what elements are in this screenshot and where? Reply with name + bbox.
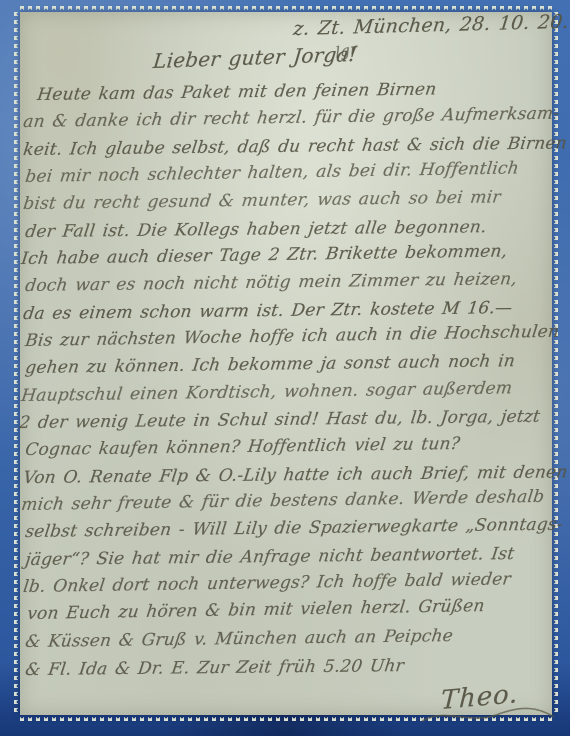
- letter-line-9: Ich habe auch dieser Tage 2 Ztr. Brikett…: [20, 241, 508, 269]
- letter-line-10: doch war es noch nicht nötig mein Zimmer…: [24, 269, 518, 296]
- letter-card-scan: z. Zt. München, 28. 10. 20.Lieber guter …: [0, 0, 570, 736]
- letter-dateline: z. Zt. München, 28. 10. 20.: [292, 11, 570, 40]
- letter-line-14: Hauptschul einen Kordtisch, wohnen. soga…: [20, 378, 513, 406]
- letter-line-12: Bis zur nächsten Woche hoffe ich auch in…: [24, 322, 560, 351]
- letter-line-22: von Euch zu hören & bin mit vielen herzl…: [26, 596, 486, 624]
- letter-line-23: & Küssen & Gruß v. München auch an Peipc…: [24, 626, 454, 652]
- letter-line-5: keit. Ich glaube selbst, daß du recht ha…: [22, 133, 568, 160]
- letter-line-17: Von O. Renate Flp & O.-Lily hatte ich au…: [22, 462, 570, 488]
- letter-line-18: mich sehr freute & für die bestens danke…: [20, 487, 545, 515]
- letter-line-21: lb. Onkel dort noch unterwegs? Ich hoffe…: [22, 569, 512, 597]
- letter-line-13: gehen zu können. Ich bekomme ja sonst au…: [24, 351, 516, 378]
- letter-line-19: selbst schreiben - Will Lily die Spazier…: [24, 514, 564, 542]
- letter-line-8: der Fall ist. Die Kollegs haben jetzt al…: [24, 217, 488, 242]
- letter-line-15: 2 der wenig Leute in Schul sind! Hast du…: [18, 407, 541, 433]
- letter-line-7: bist du recht gesund & munter, was auch …: [22, 187, 502, 214]
- letter-line-4: an & danke ich dir recht herzl. für die …: [22, 104, 560, 132]
- letter-line-3: Heute kam das Paket mit den feinen Birne…: [36, 79, 438, 105]
- letter-salutation: Lieber guter Jorga!: [152, 42, 358, 73]
- letter-line-6: bei mir noch schlechter halten, als bei …: [24, 158, 520, 187]
- letter-line-16: Cognac kaufen können? Hoffentlich viel z…: [24, 434, 461, 460]
- signature-flourish: [418, 705, 558, 727]
- letter-body: z. Zt. München, 28. 10. 20.Lieber guter …: [0, 0, 570, 736]
- letter-line-11: da es einem schon warm ist. Der Ztr. kos…: [22, 298, 514, 324]
- letter-line-24: & Fl. Ida & Dr. E. Zur Zeit früh 5.20 Uh…: [24, 656, 405, 680]
- letter-line-20: jäger“? Sie hat mir die Anfrage nicht be…: [24, 544, 516, 570]
